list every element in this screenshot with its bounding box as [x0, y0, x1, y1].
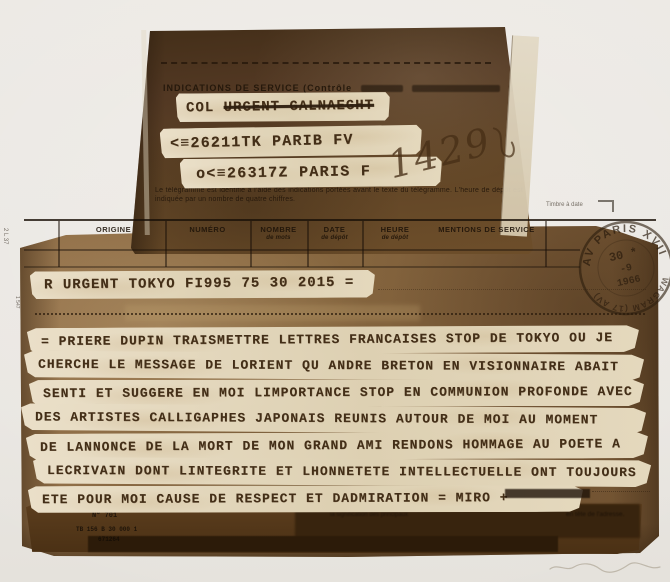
header-title: HEURE [381, 225, 410, 234]
table-bottom-rule [24, 266, 580, 268]
column-header-origine: ORIGINE [62, 226, 165, 234]
message-line: SENTI ET SUGGERE EN MOI LIMPORTANCE STOP… [29, 378, 644, 408]
postmark-day: 30 * [608, 245, 639, 265]
flap-dashed-rule [161, 62, 491, 64]
tape-strip-preamble: R URGENT TOKYO FI995 75 30 2015 = [30, 268, 375, 300]
column-header-mentions: MENTIONS DE SERVICE [428, 226, 545, 234]
tape-strip-address: COL URGENT GALNAEGHT [176, 91, 390, 124]
form-serial: 671264 [98, 536, 120, 543]
redacted-word [412, 85, 500, 92]
form-number: Nº 701 [92, 512, 117, 520]
dotted-rule-signature [592, 491, 650, 492]
address-struck-text: URGENT GALNAEGHT [224, 98, 375, 116]
pencil-inscription [548, 560, 663, 574]
message-line: LECRIVAIN DONT LINTEGRITE ET LHONNETETE … [33, 457, 651, 487]
table-column-divider [545, 221, 547, 267]
message-strip: CHERCHE LE MESSAGE DE LORIENT QU ANDRE B… [24, 351, 644, 382]
header-title: NOMBRE [260, 225, 296, 234]
table-mid-rule [24, 249, 580, 251]
preamble-line: R URGENT TOKYO FI995 75 30 2015 = [30, 268, 375, 300]
column-header-numero: NUMÉRO [165, 226, 250, 234]
left-edge-vertical-text: 2 L 37 [2, 228, 8, 244]
message-strip: ETE POUR MOI CAUSE DE RESPECT ET DADMIRA… [28, 484, 583, 514]
left-edge-vertical-text-2: 1 547 [14, 296, 20, 309]
dotted-rule-body [35, 313, 645, 315]
message-strip: DE LANNONCE DE LA MORT DE MON GRAND AMI … [26, 430, 648, 462]
postmark-year: 1966 [616, 274, 642, 290]
table-column-divider [58, 221, 60, 267]
message-line: ETE POUR MOI CAUSE DE RESPECT ET DADMIRA… [28, 484, 583, 514]
message-line: CHERCHE LE MESSAGE DE LORIENT QU ANDRE B… [24, 351, 644, 382]
message-line: DES ARTISTES CALLIGAPHES JAPONAIS REUNIS… [21, 403, 646, 434]
message-line: DE LANNONCE DE LA MORT DE MON GRAND AMI … [26, 430, 648, 462]
band-darkest-strip [88, 536, 558, 552]
form-print-code: TB 156 B 30 000 1 [76, 526, 137, 533]
address-prefix: COL [186, 100, 224, 117]
column-header-date: DATE de dépôt [307, 226, 362, 242]
header-subtitle: de dépôt [307, 234, 362, 242]
timbre-a-date-label: Timbre à date [546, 202, 583, 208]
message-end-ink-bar [505, 489, 590, 498]
route-line-1: <≡26211TK PARIB FV [160, 123, 423, 159]
dotted-rule-preamble [378, 289, 646, 290]
band-fine-print-fragment: la signification des principaux [330, 512, 408, 518]
address-line: COL URGENT GALNAEGHT [176, 91, 390, 124]
message-strip: SENTI ET SUGGERE EN MOI LIMPORTANCE STOP… [29, 378, 644, 408]
tape-strip-route-1: <≡26211TK PARIB FV [160, 123, 423, 159]
table-top-rule [24, 219, 656, 221]
redacted-word [361, 85, 403, 92]
postmark-month: -9 [619, 263, 633, 276]
band-fine-print-right: en tête de l'adresse. [566, 511, 624, 518]
header-subtitle: de mots [250, 234, 307, 242]
header-subtitle: de dépôt [362, 234, 428, 242]
message-strip: DES ARTISTES CALLIGAPHES JAPONAIS REUNIS… [21, 403, 646, 434]
message-strip: LECRIVAIN DONT LINTEGRITE ET LHONNETETE … [33, 457, 651, 487]
column-header-nombre: NOMBRE de mots [250, 226, 307, 242]
column-header-heure: HEURE de dépôt [362, 226, 428, 242]
timbre-box-corner [598, 200, 614, 212]
header-title: DATE [324, 225, 346, 234]
telegram-notice-fine-print: Le télégramme est identifié à l'aide des… [155, 186, 523, 204]
artwork-canvas: Nº 701 TB 156 B 30 000 1 671264 la signi… [0, 0, 670, 582]
indications-text: INDICATIONS DE SERVICE (Contrôle [163, 83, 352, 93]
